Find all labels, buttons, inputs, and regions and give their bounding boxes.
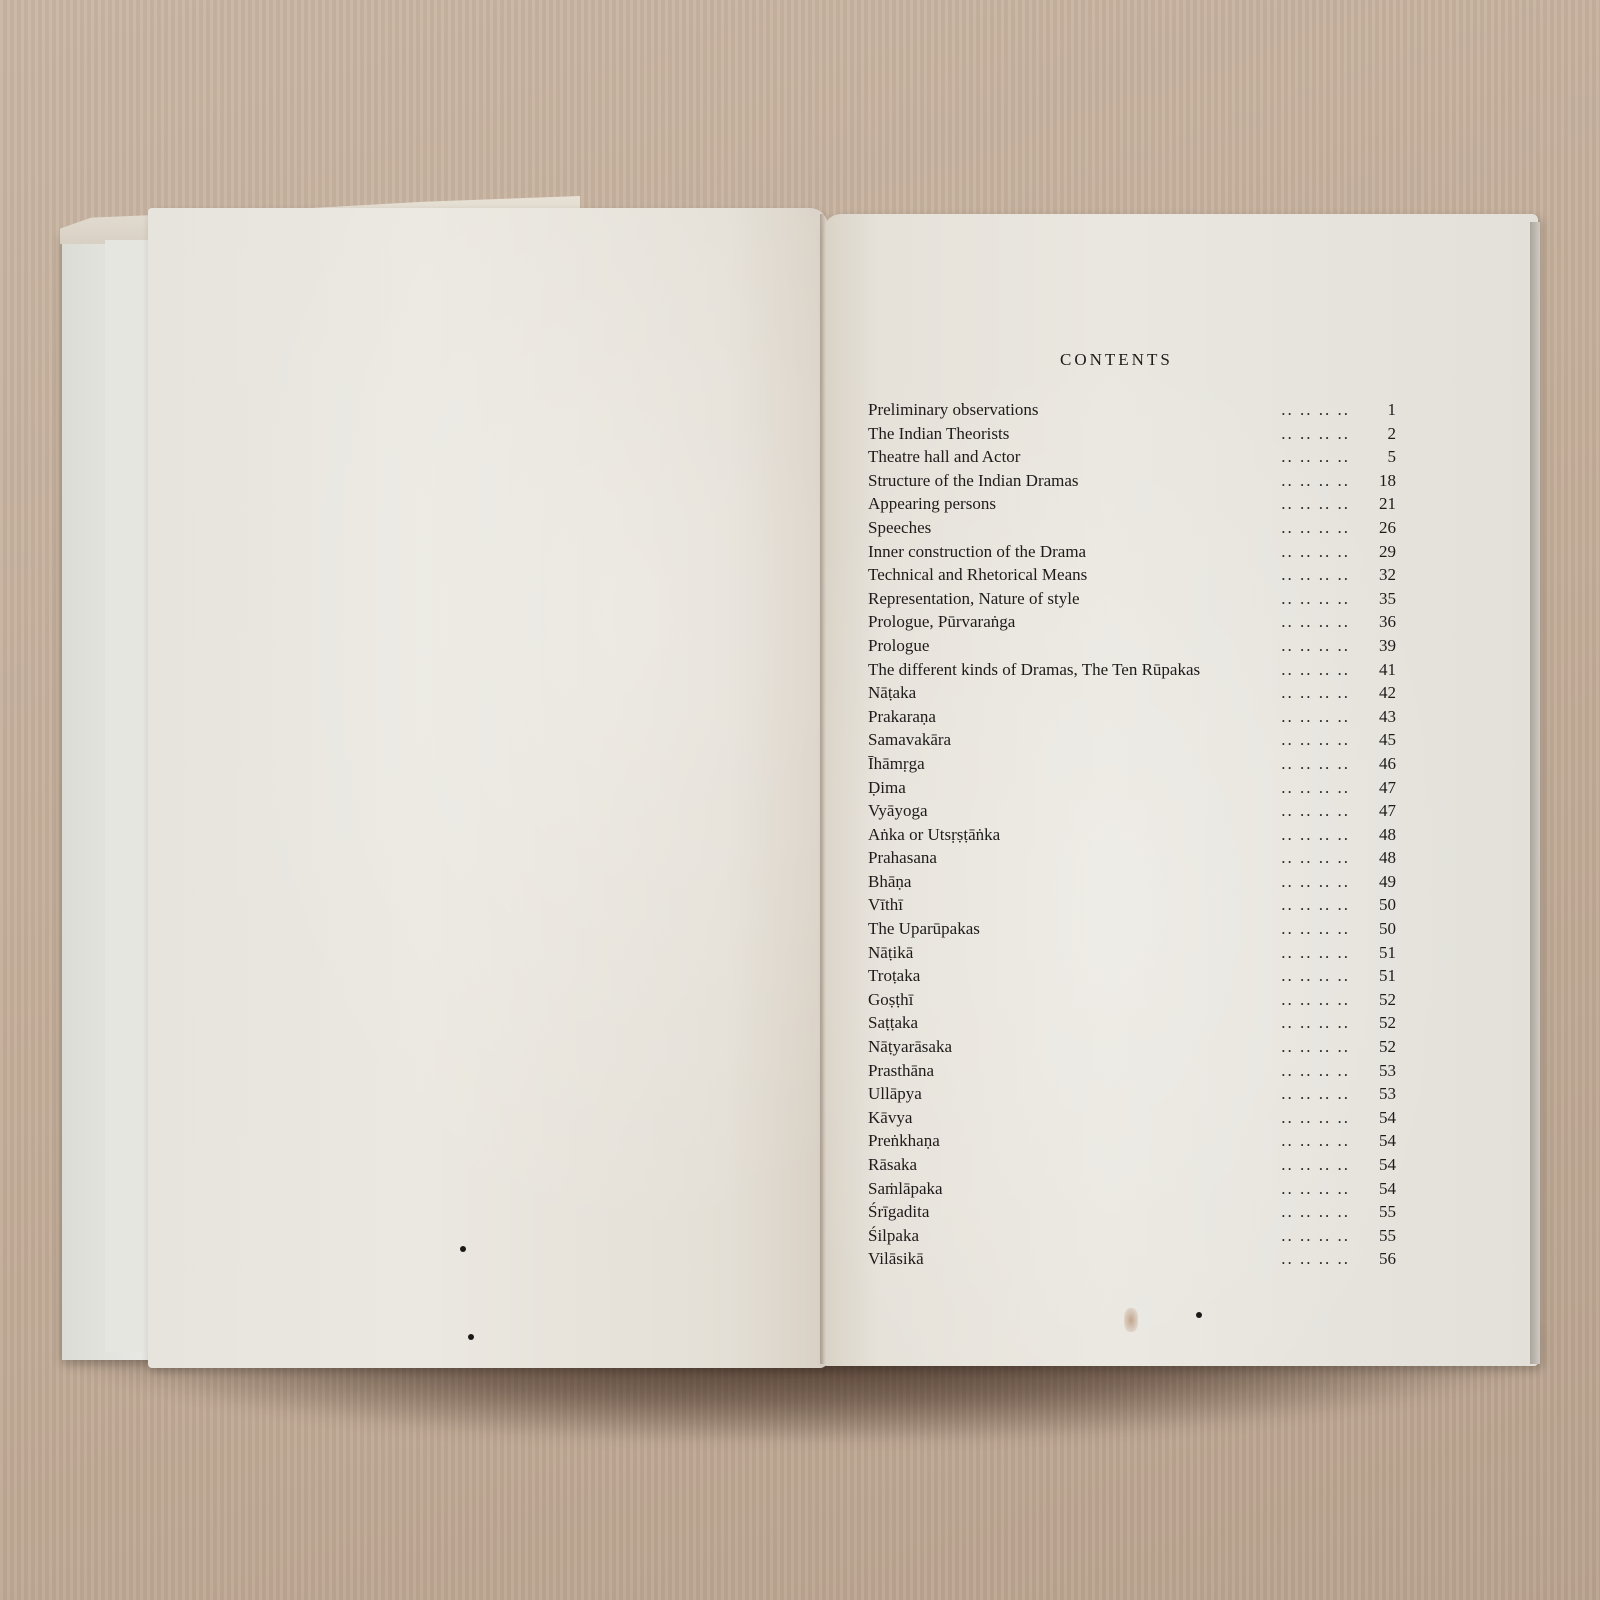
toc-entry-page: 18: [1364, 471, 1396, 491]
toc-leader-dots: .. .. .. ..: [1281, 1249, 1350, 1269]
toc-entry: Ḍima.. .. .. ..47: [868, 778, 1396, 802]
toc-entry-title: Preṅkhaṇa: [868, 1131, 940, 1151]
toc-leader-dots: .. .. .. ..: [1281, 1013, 1350, 1033]
toc-entry: The Indian Theorists.. .. .. ..2: [868, 424, 1396, 448]
toc-entry-page: 26: [1364, 518, 1396, 538]
toc-entry: Vilāsikā.. .. .. ..56: [868, 1249, 1396, 1273]
toc-entry-page: 51: [1364, 966, 1396, 986]
toc-entry-title: Śrīgadita: [868, 1202, 929, 1222]
toc-entry-title: Īhāmṛga: [868, 754, 925, 774]
paper-speck: [468, 1334, 474, 1340]
toc-entry-title: Śilpaka: [868, 1226, 919, 1246]
toc-entry-page: 35: [1364, 589, 1396, 609]
toc-entry-title: Nāṭikā: [868, 943, 913, 963]
toc-entry: Nāṭaka.. .. .. ..42: [868, 683, 1396, 707]
toc-entry-page: 21: [1364, 494, 1396, 514]
toc-entry-title: Inner construction of the Drama: [868, 542, 1086, 562]
toc-leader-dots: .. .. .. ..: [1281, 1108, 1350, 1128]
toc-entry-page: 46: [1364, 754, 1396, 774]
toc-leader-dots: .. .. .. ..: [1281, 825, 1350, 845]
toc-entry: Bhāṇa.. .. .. ..49: [868, 872, 1396, 896]
toc-entry-page: 1: [1364, 400, 1396, 420]
toc-entry-page: 52: [1364, 1037, 1396, 1057]
toc-leader-dots: .. .. .. ..: [1281, 518, 1350, 538]
toc-entry-title: Vilāsikā: [868, 1249, 924, 1269]
toc-entry-page: 48: [1364, 825, 1396, 845]
toc-leader-dots: .. .. .. ..: [1281, 730, 1350, 750]
toc-entry-title: Theatre hall and Actor: [868, 447, 1020, 467]
toc-entry-page: 2: [1364, 424, 1396, 444]
paper-speck: [460, 1246, 466, 1252]
toc-entry-title: Kāvya: [868, 1108, 912, 1128]
toc-entry-title: Ullāpya: [868, 1084, 922, 1104]
toc-entry-title: Ḍima: [868, 778, 906, 798]
toc-leader-dots: .. .. .. ..: [1281, 990, 1350, 1010]
toc-entry-page: 49: [1364, 872, 1396, 892]
toc-entry: Nāṭyarāsaka.. .. .. ..52: [868, 1037, 1396, 1061]
toc-leader-dots: .. .. .. ..: [1281, 542, 1350, 562]
toc-entry: Structure of the Indian Dramas.. .. .. .…: [868, 471, 1396, 495]
toc-leader-dots: .. .. .. ..: [1281, 471, 1350, 491]
toc-entry-page: 55: [1364, 1202, 1396, 1222]
toc-entry-title: Prologue: [868, 636, 929, 656]
toc-entry: Technical and Rhetorical Means.. .. .. .…: [868, 565, 1396, 589]
toc-entry-page: 5: [1364, 447, 1396, 467]
toc-entry-page: 43: [1364, 707, 1396, 727]
toc-entry-title: Aṅka or Utsṛṣṭāṅka: [868, 825, 1000, 845]
toc-leader-dots: .. .. .. ..: [1281, 707, 1350, 727]
toc-leader-dots: .. .. .. ..: [1281, 848, 1350, 868]
toc-entry-page: 54: [1364, 1179, 1396, 1199]
toc-entry-page: 54: [1364, 1108, 1396, 1128]
left-page-blank: [148, 208, 828, 1368]
toc-leader-dots: .. .. .. ..: [1281, 1179, 1350, 1199]
toc-entry: Preliminary observations.. .. .. ..1: [868, 400, 1396, 424]
toc-entry: Saṁlāpaka.. .. .. ..54: [868, 1179, 1396, 1203]
toc-entry-page: 53: [1364, 1061, 1396, 1081]
toc-entry-page: 55: [1364, 1226, 1396, 1246]
toc-entry-page: 54: [1364, 1155, 1396, 1175]
toc-leader-dots: .. .. .. ..: [1281, 424, 1350, 444]
toc-entry: Śilpaka.. .. .. ..55: [868, 1226, 1396, 1250]
toc-leader-dots: .. .. .. ..: [1281, 754, 1350, 774]
toc-entry-title: Structure of the Indian Dramas: [868, 471, 1079, 491]
toc-entry-title: Saṭṭaka: [868, 1013, 918, 1033]
toc-entry: Prologue, Pūrvaraṅga.. .. .. ..36: [868, 612, 1396, 636]
toc-entry-title: Vīthī: [868, 895, 903, 915]
toc-leader-dots: .. .. .. ..: [1281, 1155, 1350, 1175]
toc-leader-dots: .. .. .. ..: [1281, 683, 1350, 703]
toc-leader-dots: .. .. .. ..: [1281, 895, 1350, 915]
toc-entry-page: 51: [1364, 943, 1396, 963]
toc-entry-title: Prakaraṇa: [868, 707, 936, 727]
toc-entry: Speeches.. .. .. ..26: [868, 518, 1396, 542]
toc-entry: Representation, Nature of style.. .. .. …: [868, 589, 1396, 613]
toc-entry-page: 47: [1364, 778, 1396, 798]
toc-entry: Preṅkhaṇa.. .. .. ..54: [868, 1131, 1396, 1155]
toc-leader-dots: .. .. .. ..: [1281, 801, 1350, 821]
toc-entry: Śrīgadita.. .. .. ..55: [868, 1202, 1396, 1226]
foxing-stain: [1124, 1308, 1138, 1332]
toc-leader-dots: .. .. .. ..: [1281, 919, 1350, 939]
toc-leader-dots: .. .. .. ..: [1281, 1202, 1350, 1222]
toc-entry: Theatre hall and Actor.. .. .. ..5: [868, 447, 1396, 471]
toc-leader-dots: .. .. .. ..: [1281, 447, 1350, 467]
toc-leader-dots: .. .. .. ..: [1281, 1037, 1350, 1057]
toc-leader-dots: .. .. .. ..: [1281, 1084, 1350, 1104]
toc-entry-page: 41: [1364, 660, 1396, 680]
toc-leader-dots: .. .. .. ..: [1281, 612, 1350, 632]
toc-entry: Ullāpya.. .. .. ..53: [868, 1084, 1396, 1108]
toc-entry-page: 52: [1364, 990, 1396, 1010]
toc-entry-page: 50: [1364, 895, 1396, 915]
toc-entry-title: Rāsaka: [868, 1155, 917, 1175]
toc-entry: Inner construction of the Drama.. .. .. …: [868, 542, 1396, 566]
toc-entry-page: 42: [1364, 683, 1396, 703]
toc-entry: Troṭaka.. .. .. ..51: [868, 966, 1396, 990]
toc-leader-dots: .. .. .. ..: [1281, 943, 1350, 963]
toc-entry-title: Bhāṇa: [868, 872, 911, 892]
toc-entry-title: Prasthāna: [868, 1061, 934, 1081]
toc-entry-page: 54: [1364, 1131, 1396, 1151]
toc-leader-dots: .. .. .. ..: [1281, 1131, 1350, 1151]
toc-entry-page: 29: [1364, 542, 1396, 562]
toc-leader-dots: .. .. .. ..: [1281, 400, 1350, 420]
toc-leader-dots: .. .. .. ..: [1281, 660, 1350, 680]
toc-entry: Vyāyoga.. .. .. ..47: [868, 801, 1396, 825]
toc-entry: Aṅka or Utsṛṣṭāṅka.. .. .. ..48: [868, 825, 1396, 849]
toc-entry-page: 56: [1364, 1249, 1396, 1269]
page-edges: [1530, 222, 1540, 1364]
toc-entry-title: Nāṭaka: [868, 683, 916, 703]
toc-entry-page: 39: [1364, 636, 1396, 656]
toc-entry: Samavakāra.. .. .. ..45: [868, 730, 1396, 754]
book-gutter: [820, 214, 826, 1364]
toc-entry: Saṭṭaka.. .. .. ..52: [868, 1013, 1396, 1037]
toc-entry-title: Nāṭyarāsaka: [868, 1037, 952, 1057]
toc-entry: Prasthāna.. .. .. ..53: [868, 1061, 1396, 1085]
toc-leader-dots: .. .. .. ..: [1281, 565, 1350, 585]
toc-entry-page: 36: [1364, 612, 1396, 632]
toc-entry: Appearing persons.. .. .. ..21: [868, 494, 1396, 518]
toc-entry-title: The different kinds of Dramas, The Ten R…: [868, 660, 1200, 680]
toc-entry-title: Preliminary observations: [868, 400, 1038, 420]
toc-leader-dots: .. .. .. ..: [1281, 872, 1350, 892]
toc-leader-dots: .. .. .. ..: [1281, 966, 1350, 986]
toc-entry: Kāvya.. .. .. ..54: [868, 1108, 1396, 1132]
toc-entry-page: 32: [1364, 565, 1396, 585]
toc-entry-title: Speeches: [868, 518, 931, 538]
toc-entry-page: 52: [1364, 1013, 1396, 1033]
toc-leader-dots: .. .. .. ..: [1281, 1061, 1350, 1081]
toc-entry-title: Technical and Rhetorical Means: [868, 565, 1087, 585]
toc-entry: Īhāmṛga.. .. .. ..46: [868, 754, 1396, 778]
table-of-contents: Preliminary observations.. .. .. ..1The …: [868, 400, 1396, 1273]
toc-entry-title: Prologue, Pūrvaraṅga: [868, 612, 1015, 632]
toc-entry-page: 48: [1364, 848, 1396, 868]
toc-entry-title: Saṁlāpaka: [868, 1179, 943, 1199]
toc-entry-title: Representation, Nature of style: [868, 589, 1080, 609]
toc-entry-title: Appearing persons: [868, 494, 996, 514]
toc-leader-dots: .. .. .. ..: [1281, 494, 1350, 514]
toc-entry-page: 50: [1364, 919, 1396, 939]
toc-entry-title: The Indian Theorists: [868, 424, 1009, 444]
toc-entry: The Uparūpakas.. .. .. ..50: [868, 919, 1396, 943]
toc-entry-page: 53: [1364, 1084, 1396, 1104]
toc-leader-dots: .. .. .. ..: [1281, 589, 1350, 609]
toc-entry-title: Prahasana: [868, 848, 937, 868]
paper-speck: [1196, 1312, 1202, 1318]
toc-entry: The different kinds of Dramas, The Ten R…: [868, 660, 1396, 684]
toc-entry-page: 47: [1364, 801, 1396, 821]
toc-entry-title: Goṣṭhī: [868, 990, 913, 1010]
toc-entry: Prakaraṇa.. .. .. ..43: [868, 707, 1396, 731]
toc-entry: Goṣṭhī.. .. .. ..52: [868, 990, 1396, 1014]
toc-entry-title: Vyāyoga: [868, 801, 927, 821]
toc-leader-dots: .. .. .. ..: [1281, 778, 1350, 798]
toc-entry: Rāsaka.. .. .. ..54: [868, 1155, 1396, 1179]
toc-leader-dots: .. .. .. ..: [1281, 636, 1350, 656]
toc-leader-dots: .. .. .. ..: [1281, 1226, 1350, 1246]
contents-heading: CONTENTS: [1060, 350, 1173, 370]
toc-entry: Nāṭikā.. .. .. ..51: [868, 943, 1396, 967]
toc-entry: Vīthī.. .. .. ..50: [868, 895, 1396, 919]
toc-entry-title: Troṭaka: [868, 966, 920, 986]
toc-entry-title: Samavakāra: [868, 730, 951, 750]
toc-entry: Prologue.. .. .. ..39: [868, 636, 1396, 660]
toc-entry: Prahasana.. .. .. ..48: [868, 848, 1396, 872]
toc-entry-title: The Uparūpakas: [868, 919, 980, 939]
toc-entry-page: 45: [1364, 730, 1396, 750]
